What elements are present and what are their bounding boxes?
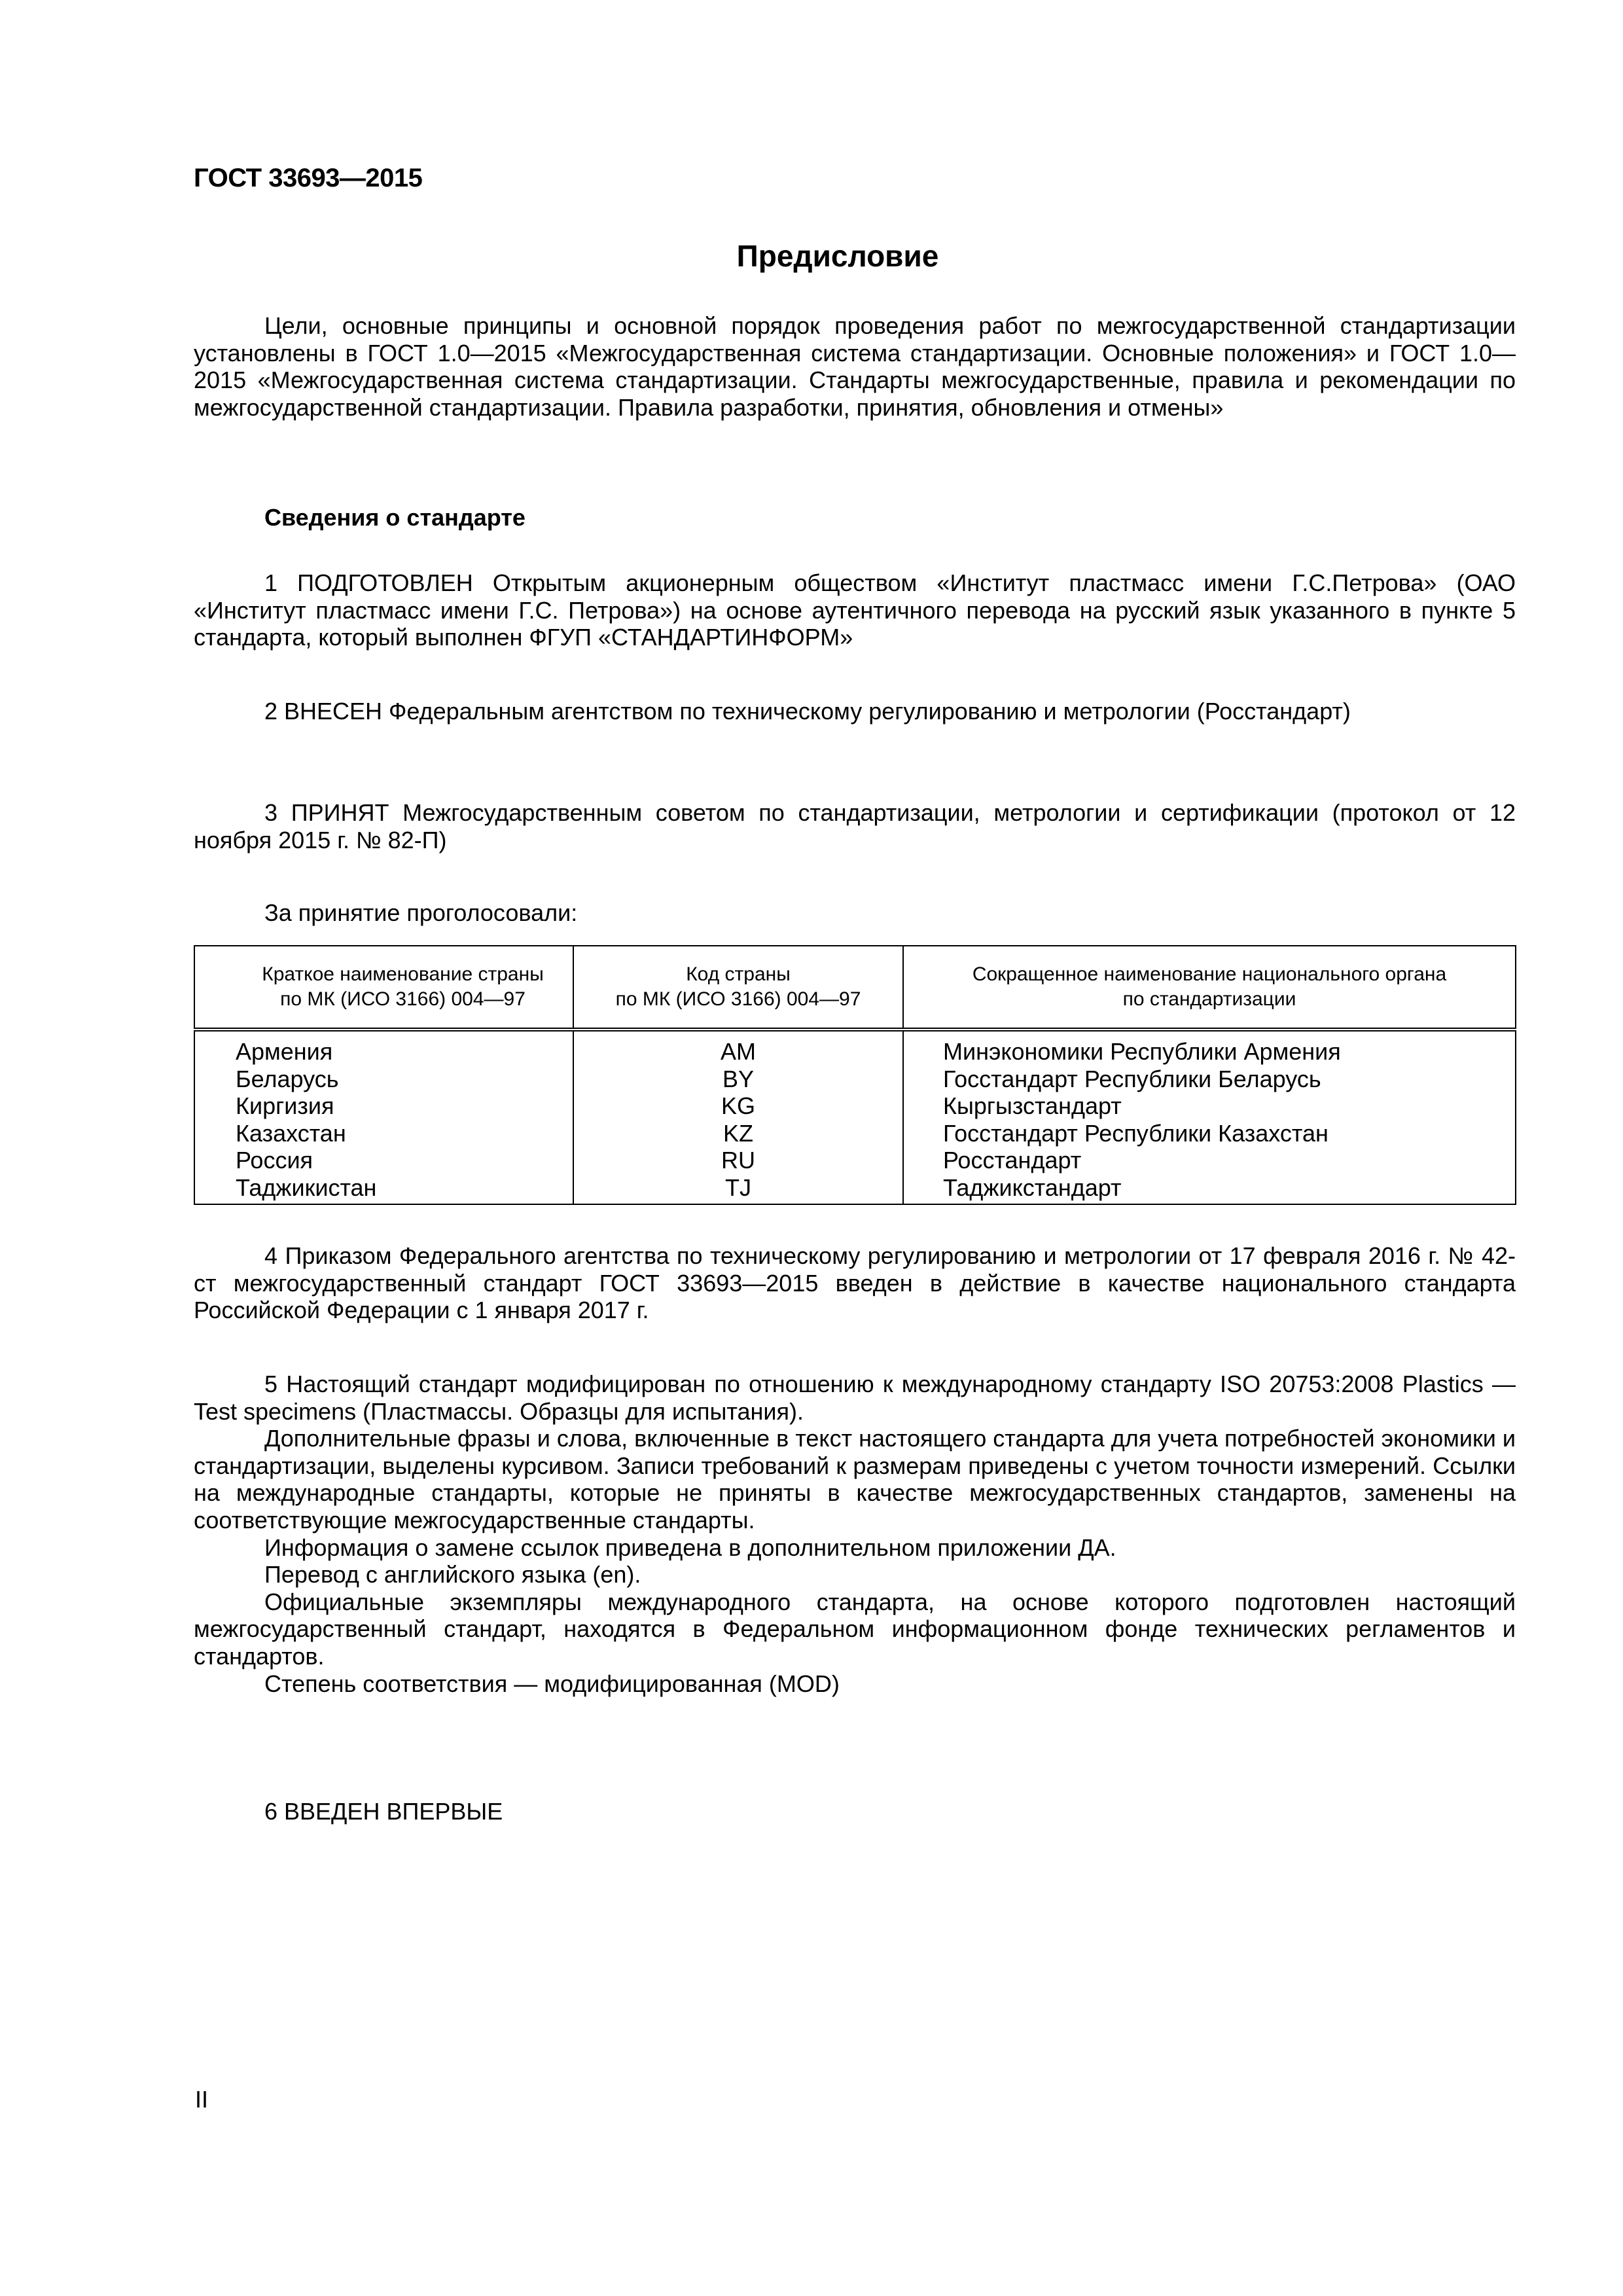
- standards-body: Кыргызстандарт: [903, 1092, 1516, 1120]
- header-standards-body: Сокращенное наименование национального о…: [903, 946, 1516, 1030]
- item-3-text: 3 ПРИНЯТ Межгосударственным советом по с…: [194, 799, 1516, 853]
- item-5-translation: Перевод с английского языка (en).: [194, 1561, 1516, 1588]
- item-5-references: Информация о замене ссылок приведена в д…: [194, 1534, 1516, 1562]
- item-3: 3 ПРИНЯТ Межгосударственным советом по с…: [194, 799, 1516, 853]
- standards-body: Госстандарт Республики Казахстан: [903, 1120, 1516, 1147]
- country-code: RU: [573, 1147, 903, 1174]
- country-name: Казахстан: [194, 1120, 573, 1147]
- intro-section: Цели, основные принципы и основной поряд…: [194, 312, 1516, 421]
- country-code: KZ: [573, 1120, 903, 1147]
- votes-table: Краткое наименование страныпо МК (ИСО 31…: [194, 945, 1516, 1205]
- item-4-text: 4 Приказом Федерального агентства по тех…: [194, 1242, 1516, 1324]
- country-code: KG: [573, 1092, 903, 1120]
- page-number: II: [195, 2086, 208, 2113]
- item-5-official-copies: Официальные экземпляры международного ст…: [194, 1588, 1516, 1670]
- header-country-name: Краткое наименование страныпо МК (ИСО 31…: [194, 946, 573, 1030]
- item-2: 2 ВНЕСЕН Федеральным агентством по техни…: [194, 698, 1516, 725]
- item-4: 4 Приказом Федерального агентства по тех…: [194, 1242, 1516, 1324]
- country-name: Россия: [194, 1147, 573, 1174]
- table-row: АрменияAMМинэкономики Республики Армения: [194, 1030, 1516, 1066]
- table-row: КазахстанKZГосстандарт Республики Казахс…: [194, 1120, 1516, 1147]
- item-1-text: 1 ПОДГОТОВЛЕН Открытым акционерным общес…: [194, 569, 1516, 651]
- table-row: РоссияRUРосстандарт: [194, 1147, 1516, 1174]
- standard-info-heading: Сведения о стандарте: [264, 504, 526, 531]
- country-code: TJ: [573, 1174, 903, 1205]
- country-name: Беларусь: [194, 1066, 573, 1093]
- item-2-text: 2 ВНЕСЕН Федеральным агентством по техни…: [194, 698, 1516, 725]
- country-code: BY: [573, 1066, 903, 1093]
- standards-body: Таджикстандарт: [903, 1174, 1516, 1205]
- country-code: AM: [573, 1030, 903, 1066]
- country-name: Армения: [194, 1030, 573, 1066]
- table-row: ТаджикистанTJТаджикстандарт: [194, 1174, 1516, 1205]
- standards-body: Госстандарт Республики Беларусь: [903, 1066, 1516, 1093]
- item-5-additions: Дополнительные фразы и слова, включенные…: [194, 1425, 1516, 1534]
- item-5-text: 5 Настоящий стандарт модифицирован по от…: [194, 1371, 1516, 1425]
- item-5: 5 Настоящий стандарт модифицирован по от…: [194, 1371, 1516, 1697]
- standards-body: Минэкономики Республики Армения: [903, 1030, 1516, 1066]
- table-header-row: Краткое наименование страныпо МК (ИСО 31…: [194, 946, 1516, 1030]
- item-6: 6 ВВЕДЕН ВПЕРВЫЕ: [194, 1798, 1516, 1825]
- country-name: Таджикистан: [194, 1174, 573, 1205]
- intro-paragraph: Цели, основные принципы и основной поряд…: [194, 312, 1516, 421]
- country-name: Киргизия: [194, 1092, 573, 1120]
- table-row: КиргизияKGКыргызстандарт: [194, 1092, 1516, 1120]
- voted-label: За принятие проголосовали:: [264, 899, 577, 927]
- item-5-conformity: Степень соответствия — модифицированная …: [194, 1670, 1516, 1698]
- item-1: 1 ПОДГОТОВЛЕН Открытым акционерным общес…: [194, 569, 1516, 651]
- standards-body: Росстандарт: [903, 1147, 1516, 1174]
- header-country-code: Код страныпо МК (ИСО 3166) 004—97: [573, 946, 903, 1030]
- page-title: Предисловие: [0, 238, 1623, 274]
- document-id: ГОСТ 33693—2015: [194, 164, 422, 193]
- item-6-text: 6 ВВЕДЕН ВПЕРВЫЕ: [194, 1798, 1516, 1825]
- table-row: БеларусьBYГосстандарт Республики Беларус…: [194, 1066, 1516, 1093]
